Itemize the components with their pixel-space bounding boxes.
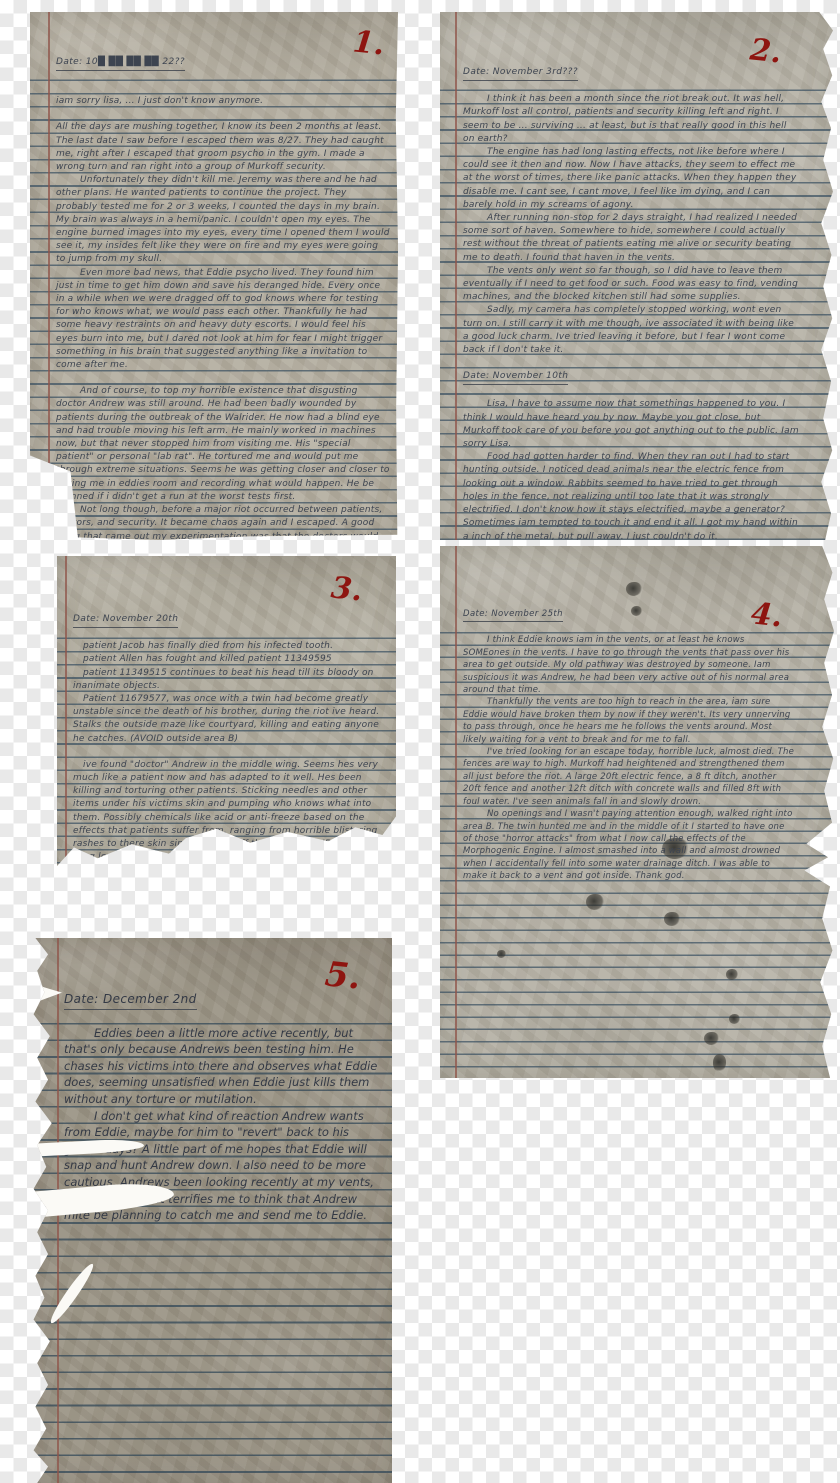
- note-page-2: 2. Date: November 3rd??? I think it has …: [440, 12, 833, 540]
- entry-date: Date: 10█ ██ ██ ██ 22??: [56, 56, 185, 71]
- paragraph: No openings and I wasn't paying attentio…: [463, 808, 794, 882]
- patient-log-line: patient 11856656 stays inside his cell: [73, 864, 388, 866]
- ink-blot: [713, 1054, 726, 1072]
- patient-log-line: Patient 11679577, was once with a twin h…: [73, 693, 388, 746]
- paragraph: Eddies been a little more active recentl…: [64, 1025, 382, 1108]
- margin-line: [455, 12, 457, 540]
- torn-paper-highlight: [47, 1261, 97, 1326]
- page-content: Date: November 20th patient Jacob has fi…: [73, 613, 388, 866]
- paragraph: Sadly, my camera has completely stopped …: [463, 304, 799, 357]
- note-page-4: 4. Date: November 25th I think Eddie kno…: [440, 546, 834, 1078]
- page-content: Date: 10█ ██ ██ ██ 22?? iam sorry lisa, …: [56, 56, 390, 540]
- paragraph: Thankfully the vents are too high to rea…: [463, 696, 794, 746]
- note-page-3: 3. Date: November 20th patient Jacob has…: [57, 556, 396, 866]
- paragraph: I think Eddie knows iam in the vents, or…: [463, 634, 794, 696]
- entry-date: Date: November 25th: [463, 608, 563, 622]
- torn-paper-highlight: [30, 980, 62, 1008]
- ink-blot: [664, 912, 680, 926]
- entry-date: Date: November 3rd???: [463, 66, 578, 81]
- notes-collage: 1. Date: 10█ ██ ██ ██ 22?? iam sorry lis…: [0, 0, 840, 1483]
- patient-log-line: ive found "doctor" Andrew in the middle …: [73, 759, 388, 865]
- page-content: Date: November 25th I think Eddie knows …: [463, 608, 794, 883]
- page-number: 3.: [329, 570, 364, 608]
- entry-date: Date: November 10th: [463, 370, 568, 385]
- patient-log-line: patient 11349515 continues to beat his h…: [73, 667, 388, 693]
- paragraph: The engine has had long lasting effects,…: [463, 146, 799, 212]
- paragraph: After running non-stop for 2 days straig…: [463, 212, 799, 265]
- entry-date: Date: December 2nd: [64, 991, 197, 1010]
- page-number: 1.: [351, 24, 386, 62]
- paragraph: Even more bad news, that Eddie psycho li…: [56, 267, 390, 373]
- paragraph: I've tried looking for an escape today, …: [463, 746, 794, 808]
- paragraph: I think it has been a month since the ri…: [463, 93, 799, 146]
- margin-line: [48, 12, 50, 540]
- ink-blot: [729, 1014, 740, 1024]
- page-number: 4.: [749, 596, 784, 634]
- margin-line: [65, 556, 67, 866]
- paragraph: All the days are mushing together, I kno…: [56, 121, 390, 174]
- patient-log-line: patient Jacob has finally died from his …: [73, 640, 388, 653]
- paragraph: Unfortunately they didn't kill me. Jerem…: [56, 174, 390, 266]
- paragraph: Not long though, before a major riot occ…: [56, 504, 390, 540]
- ink-blot: [626, 582, 642, 596]
- page-number: 5.: [323, 954, 362, 997]
- ink-blot: [704, 1032, 719, 1045]
- note-page-5: 5. Date: December 2nd Eddies been a litt…: [30, 938, 392, 1483]
- margin-line: [455, 546, 457, 1078]
- page-number: 2.: [748, 32, 783, 70]
- paragraph: Food had gotten harder to find. When the…: [463, 451, 799, 540]
- paragraph: Lisa, I have to assume now that somethin…: [463, 398, 799, 451]
- paragraph: The vents only went so far though, so I …: [463, 265, 799, 305]
- patient-log-line: patient Allen has fought and killed pati…: [73, 653, 388, 666]
- entry-date: Date: November 20th: [73, 613, 178, 628]
- note-page-1: 1. Date: 10█ ██ ██ ██ 22?? iam sorry lis…: [30, 12, 398, 540]
- ink-blot: [586, 894, 604, 910]
- page-content: Date: November 3rd??? I think it has bee…: [463, 66, 799, 540]
- ink-blot: [497, 950, 506, 958]
- ink-blot: [726, 969, 738, 980]
- paragraph: iam sorry lisa, ... I just don't know an…: [56, 95, 390, 108]
- paragraph: And of course, to top my horrible existe…: [56, 385, 390, 504]
